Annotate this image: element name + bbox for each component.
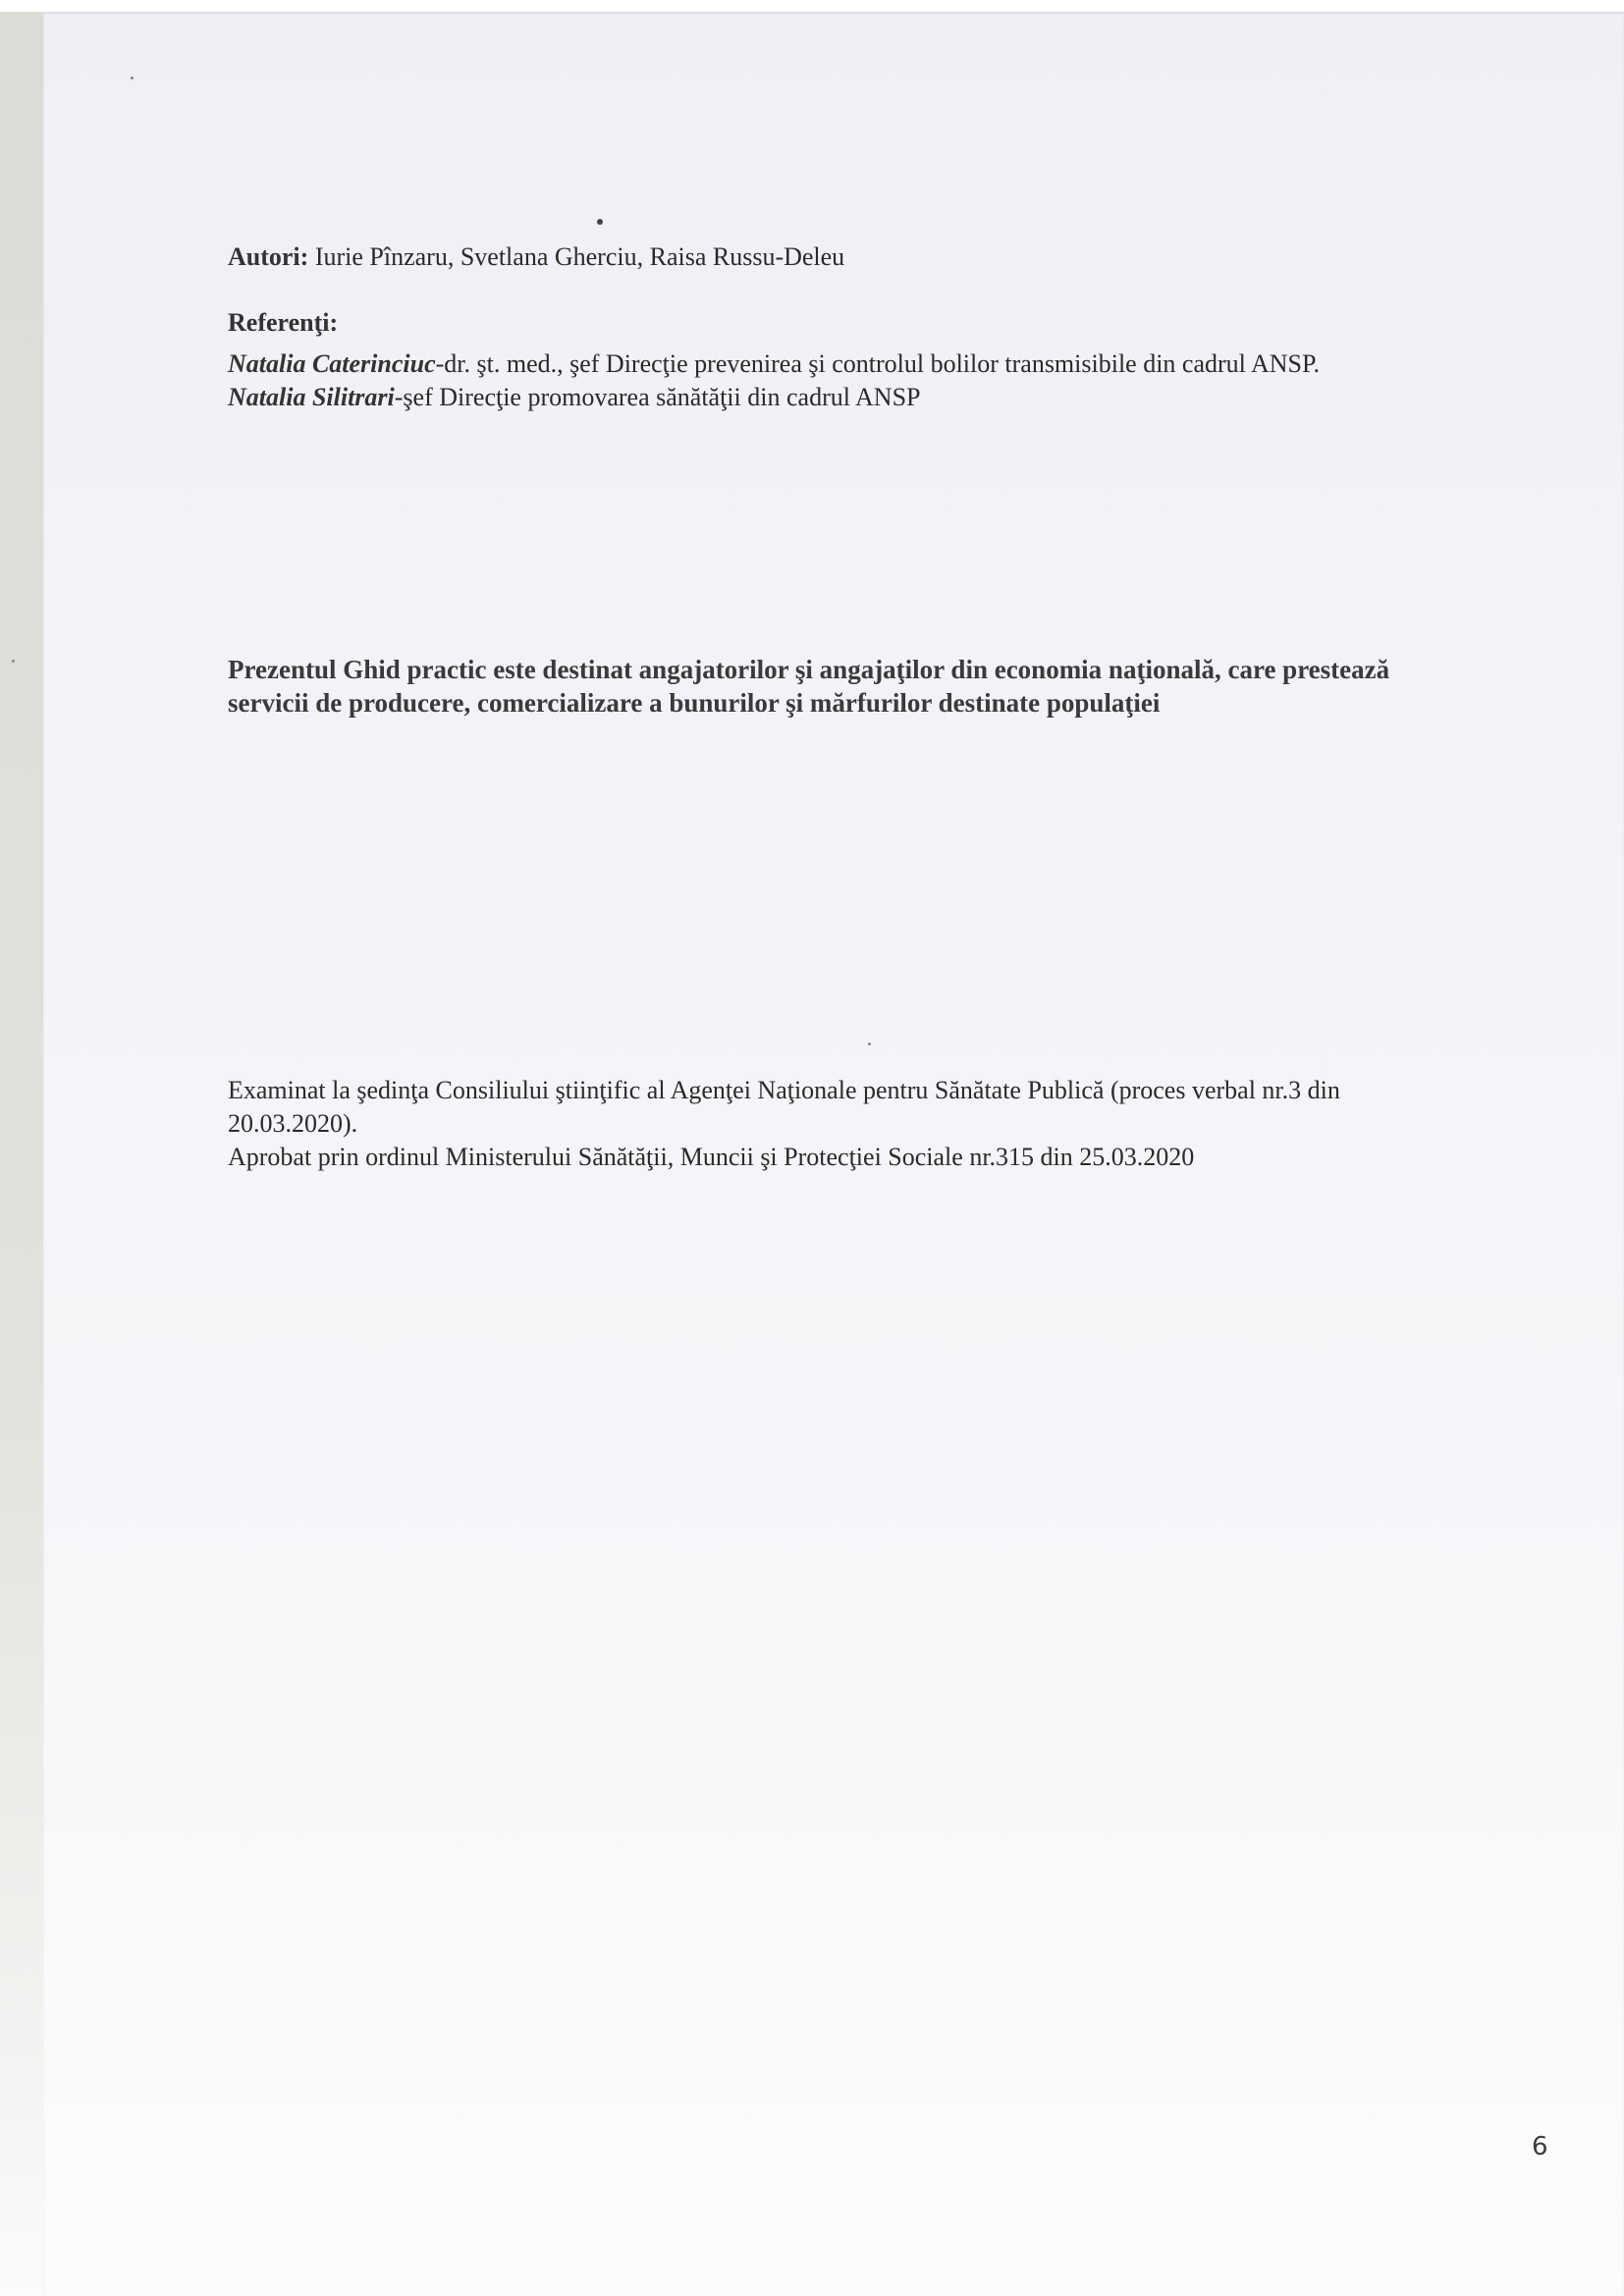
reviewer-name: Natalia Silitrari xyxy=(228,383,395,411)
scanned-page: Autori: Iurie Pînzaru, Svetlana Gherciu,… xyxy=(0,0,1624,2296)
authors-label: Autori: xyxy=(228,242,308,271)
page-number: 6 xyxy=(1532,2132,1548,2162)
approval-line: Aprobat prin ordinul Ministerului Sănătă… xyxy=(228,1142,1194,1173)
reviewer-name: Natalia Caterinciuc xyxy=(228,349,436,378)
scan-left-edge xyxy=(0,12,43,2296)
authors-line: Autori: Iurie Pînzaru, Svetlana Gherciu,… xyxy=(228,241,844,273)
authors-names: Iurie Pînzaru, Svetlana Gherciu, Raisa R… xyxy=(315,242,844,271)
reviewer-description: -dr. şt. med., şef Direcţie prevenirea ş… xyxy=(436,349,1320,378)
reviewers-label: Referenţi: xyxy=(228,307,338,339)
reviewer-entry: Natalia Caterinciuc-dr. şt. med., şef Di… xyxy=(228,348,1320,380)
scan-speck xyxy=(131,77,134,80)
purpose-line: servicii de producere, comercializare a … xyxy=(228,687,1160,720)
reviewer-entry: Natalia Silitrari-şef Direcţie promovare… xyxy=(228,382,920,413)
purpose-line: Prezentul Ghid practic este destinat ang… xyxy=(228,654,1389,686)
approval-line: 20.03.2020). xyxy=(228,1108,357,1140)
scan-dot xyxy=(597,219,603,225)
scan-top-margin xyxy=(0,0,1624,12)
scan-speck xyxy=(868,1042,871,1045)
approval-line: Examinat la şedinţa Consiliului ştiinţif… xyxy=(228,1075,1340,1106)
reviewer-description: -şef Direcţie promovarea sănătăţii din c… xyxy=(395,383,921,411)
scan-speck xyxy=(12,660,15,663)
